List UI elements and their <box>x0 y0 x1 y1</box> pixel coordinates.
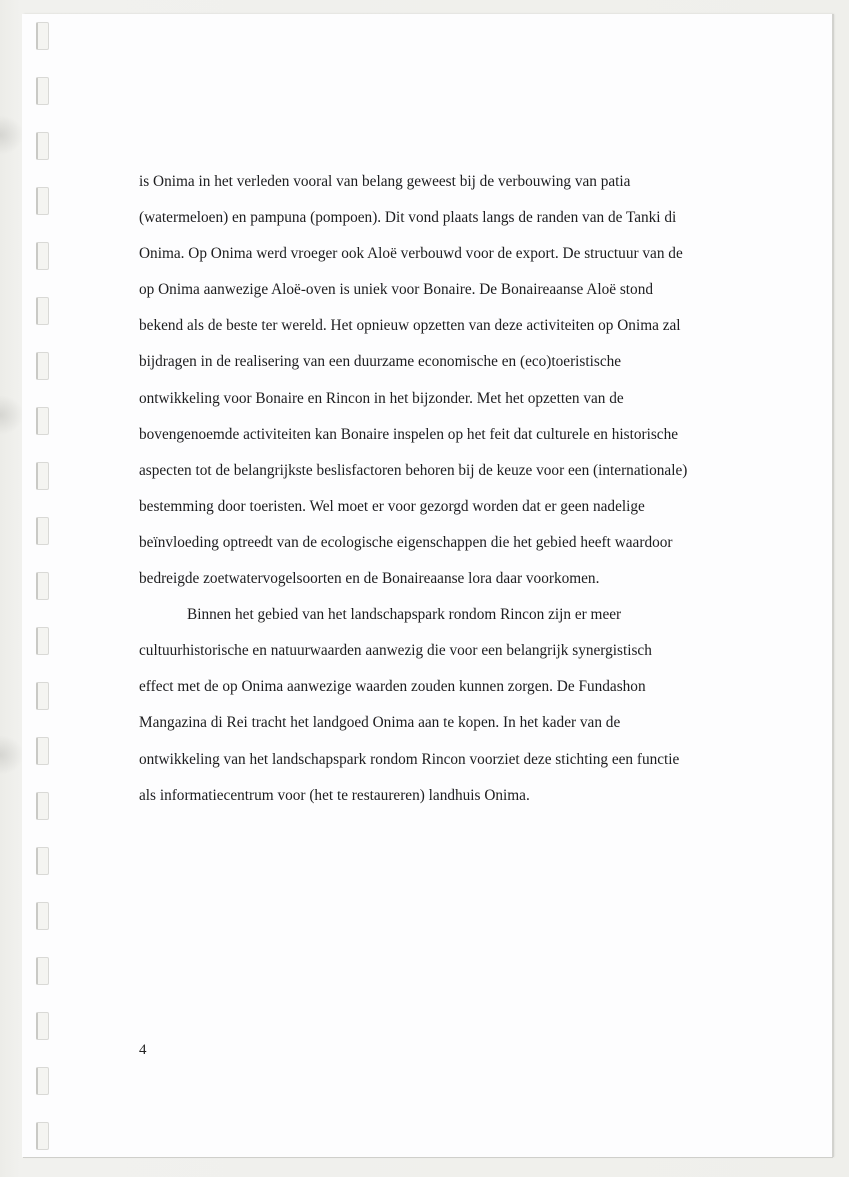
binding-hole <box>36 902 49 930</box>
text-line: is Onima in het verleden vooral van bela… <box>139 164 739 200</box>
document-page: is Onima in het verleden vooral van bela… <box>22 14 832 1157</box>
binding-hole <box>36 462 49 490</box>
body-text: is Onima in het verleden vooral van bela… <box>139 164 739 814</box>
binding-hole <box>36 957 49 985</box>
text-line: ontwikkeling van het landschapspark rond… <box>139 742 739 778</box>
binding-hole <box>36 132 49 160</box>
text-line: ontwikkeling voor Bonaire en Rincon in h… <box>139 381 739 417</box>
text-line: beïnvloeding optreedt van de ecologische… <box>139 525 739 561</box>
binding-hole <box>36 737 49 765</box>
paragraph-2: Binnen het gebied van het landschapspark… <box>139 597 739 814</box>
binding-hole <box>36 572 49 600</box>
text-line: (watermeloen) en pampuna (pompoen). Dit … <box>139 200 739 236</box>
binding-hole <box>36 407 49 435</box>
text-line: effect met de op Onima aanwezige waarden… <box>139 669 739 705</box>
binding-hole <box>36 1122 49 1150</box>
scan-smudge <box>0 395 24 435</box>
text-line: aspecten tot de belangrijkste beslisfact… <box>139 453 739 489</box>
binding-hole <box>36 847 49 875</box>
text-line: bedreigde zoetwatervogelsoorten en de Bo… <box>139 561 739 597</box>
page-number: 4 <box>139 1042 147 1059</box>
text-line: bekend als de beste ter wereld. Het opni… <box>139 308 739 344</box>
text-line: Onima. Op Onima werd vroeger ook Aloë ve… <box>139 236 739 272</box>
text-line: op Onima aanwezige Aloë-oven is uniek vo… <box>139 272 739 308</box>
scan-smudge <box>0 735 24 775</box>
binding-hole <box>36 792 49 820</box>
binding-hole <box>36 682 49 710</box>
binding-hole <box>36 77 49 105</box>
text-line: Mangazina di Rei tracht het landgoed Oni… <box>139 705 739 741</box>
paragraph-1: is Onima in het verleden vooral van bela… <box>139 164 739 597</box>
binding-hole <box>36 22 49 50</box>
binding-hole <box>36 517 49 545</box>
binding-hole <box>36 187 49 215</box>
text-line: bovengenoemde activiteiten kan Bonaire i… <box>139 417 739 453</box>
text-line: bijdragen in de realisering van een duur… <box>139 344 739 380</box>
binding-hole <box>36 1067 49 1095</box>
binding-hole <box>36 242 49 270</box>
scan-smudge <box>0 115 24 155</box>
text-line: cultuurhistorische en natuurwaarden aanw… <box>139 633 739 669</box>
binding-hole <box>36 297 49 325</box>
text-line: als informatiecentrum voor (het te resta… <box>139 778 739 814</box>
text-line: bestemming door toeristen. Wel moet er v… <box>139 489 739 525</box>
text-line: Binnen het gebied van het landschapspark… <box>139 597 739 633</box>
binding-hole <box>36 352 49 380</box>
binding-hole <box>36 1012 49 1040</box>
binding-hole <box>36 627 49 655</box>
